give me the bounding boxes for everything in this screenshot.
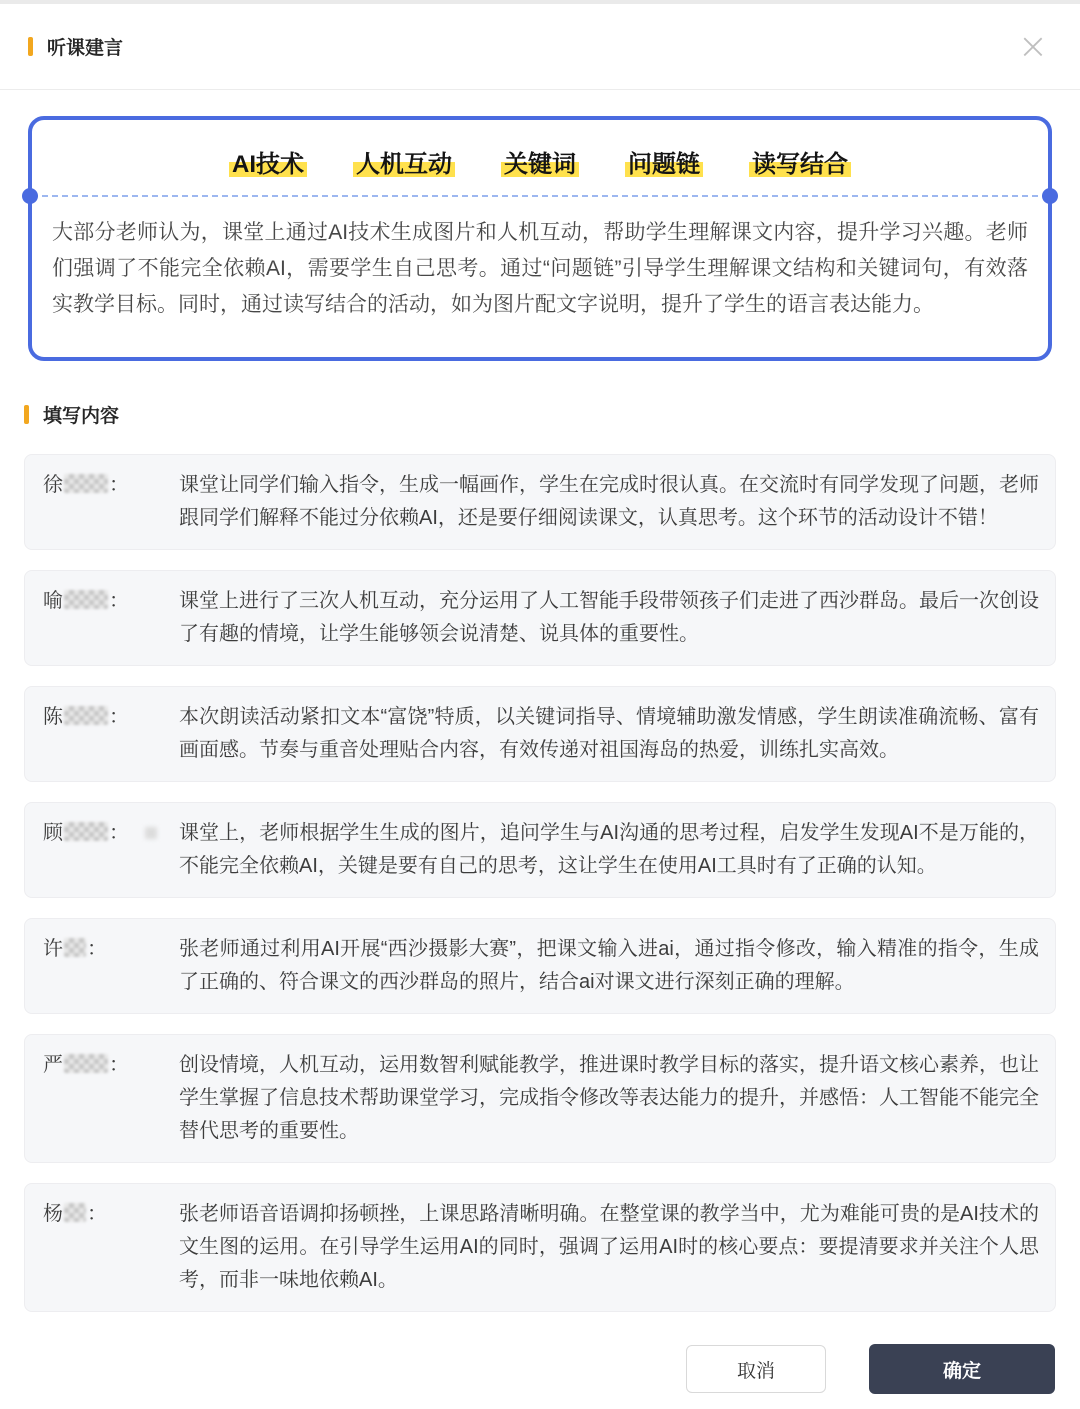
confirm-button[interactable]: 确定 <box>869 1344 1055 1394</box>
comment-card: 徐： 课堂让同学们输入指令，生成一幅画作，学生在完成时很认真。在交流时有同学发现… <box>24 454 1056 550</box>
comments-list: 徐： 课堂让同学们输入指令，生成一幅画作，学生在完成时很认真。在交流时有同学发现… <box>24 454 1056 1312</box>
section-accent-bar <box>24 405 29 424</box>
comment-text: 本次朗读活动紧扣文本“富饶”特质，以关键词指导、情境辅助激发情感，学生朗读准确流… <box>179 701 1039 767</box>
comment-text: 课堂让同学们输入指令，生成一幅画作，学生在完成时很认真。在交流时有同学发现了问题… <box>179 469 1039 535</box>
comment-surname: 顾 <box>43 822 63 844</box>
notch-right-decoration <box>1042 188 1058 204</box>
notch-left-decoration <box>22 188 38 204</box>
comment-card: 喻： 课堂上进行了三次人机互动，充分运用了人工智能手段带领孩子们走进了西沙群岛。… <box>24 570 1056 666</box>
name-redaction <box>64 474 108 493</box>
comment-surname: 严 <box>43 1054 63 1076</box>
name-redaction <box>64 706 108 725</box>
comment-author: 杨： <box>43 1198 179 1297</box>
extra-redaction-mark <box>145 827 157 839</box>
comment-text: 创设情境，人机互动，运用数智利赋能教学，推进课时教学目标的落实，提升语文核心素养… <box>179 1049 1039 1148</box>
comment-author: 顾： <box>43 817 179 883</box>
comment-colon: ： <box>87 1203 107 1225</box>
comment-colon: ： <box>109 474 129 496</box>
comment-colon: ： <box>109 1054 129 1076</box>
comment-surname: 杨 <box>43 1203 63 1225</box>
section-title: 填写内容 <box>43 401 119 428</box>
comment-surname: 陈 <box>43 706 63 728</box>
comment-colon: ： <box>87 938 107 960</box>
comment-surname: 徐 <box>43 474 63 496</box>
summary-card: AI技术 人机互动 关键词 问题链 读写结合 大部分老师认为，课堂上通过AI技术… <box>28 116 1052 361</box>
comment-card: 顾： 课堂上，老师根据学生生成的图片，追问学生与AI沟通的思考过程，启发学生发现… <box>24 802 1056 898</box>
keyword-tag: 关键词 <box>501 144 579 179</box>
comment-text: 张老师语音语调抑扬顿挫，上课思路清晰明确。在整堂课的教学当中，尤为难能可贵的是A… <box>179 1198 1039 1297</box>
comment-author: 许： <box>43 933 179 999</box>
comment-card: 许： 张老师通过利用AI开展“西沙摄影大赛”，把课文输入进ai，通过指令修改，输… <box>24 918 1056 1014</box>
comment-card: 严： 创设情境，人机互动，运用数智利赋能教学，推进课时教学目标的落实，提升语文核… <box>24 1034 1056 1163</box>
comment-card: 杨： 张老师语音语调抑扬顿挫，上课思路清晰明确。在整堂课的教学当中，尤为难能可贵… <box>24 1183 1056 1312</box>
comment-colon: ： <box>109 590 129 612</box>
comment-author: 陈： <box>43 701 179 767</box>
name-redaction <box>64 1054 108 1073</box>
keyword-tag: AI技术 <box>229 144 307 179</box>
comment-author: 徐： <box>43 469 179 535</box>
close-icon[interactable]: × <box>1014 29 1052 65</box>
comment-surname: 许 <box>43 938 63 960</box>
dialog-body: AI技术 人机互动 关键词 问题链 读写结合 大部分老师认为，课堂上通过AI技术… <box>0 90 1080 1312</box>
name-redaction <box>64 590 108 609</box>
name-redaction <box>64 1203 86 1222</box>
comment-text: 课堂上进行了三次人机互动，充分运用了人工智能手段带领孩子们走进了西沙群岛。最后一… <box>179 585 1039 651</box>
summary-divider <box>32 195 1048 197</box>
comment-text: 张老师通过利用AI开展“西沙摄影大赛”，把课文输入进ai，通过指令修改，输入精准… <box>179 933 1039 999</box>
keyword-tag: 人机互动 <box>353 144 455 179</box>
dialog-header: 听课建言 × <box>0 4 1080 90</box>
dialog-listening-suggestions: 听课建言 × AI技术 人机互动 关键词 问题链 读写结合 大部分老师认为，课堂… <box>0 4 1080 1409</box>
keyword-list: AI技术 人机互动 关键词 问题链 读写结合 <box>52 140 1028 179</box>
comment-author: 喻： <box>43 585 179 651</box>
comment-author: 严： <box>43 1049 179 1148</box>
name-redaction <box>64 938 86 957</box>
keyword-tag: 问题链 <box>625 144 703 179</box>
comment-colon: ： <box>109 706 129 728</box>
summary-text: 大部分老师认为，课堂上通过AI技术生成图片和人机互动，帮助学生理解课文内容，提升… <box>52 215 1028 323</box>
comment-card: 陈： 本次朗读活动紧扣文本“富饶”特质，以关键词指导、情境辅助激发情感，学生朗读… <box>24 686 1056 782</box>
cancel-button[interactable]: 取消 <box>686 1345 826 1393</box>
comment-surname: 喻 <box>43 590 63 612</box>
dialog-footer: 取消 确定 <box>0 1332 1080 1409</box>
title-accent-bar <box>28 37 33 56</box>
keyword-tag: 读写结合 <box>749 144 851 179</box>
comment-text: 课堂上，老师根据学生生成的图片，追问学生与AI沟通的思考过程，启发学生发现AI不… <box>179 817 1039 883</box>
comment-colon: ： <box>109 822 129 844</box>
section-head: 填写内容 <box>24 401 1056 428</box>
name-redaction <box>64 822 108 841</box>
dialog-title: 听课建言 <box>47 33 123 60</box>
